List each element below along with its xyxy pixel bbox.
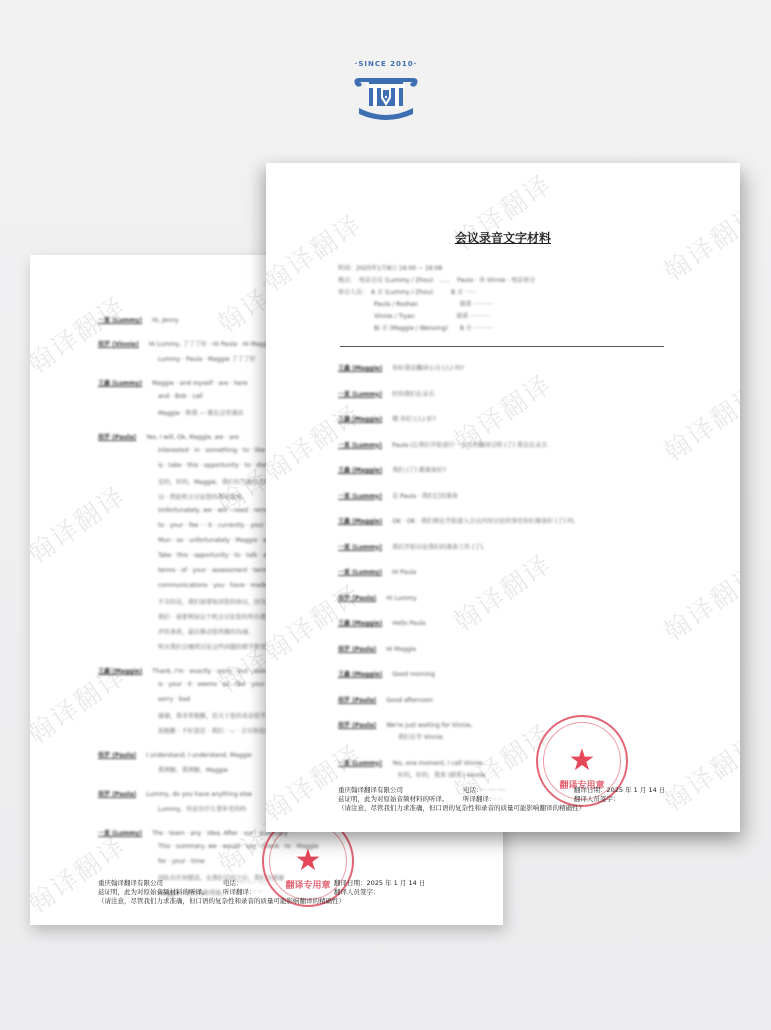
transcript-line: 王鑫 (Maggie)嗯 你们 (人) 好? bbox=[338, 414, 436, 423]
speaker-label: 一夏 (Lummy) bbox=[338, 569, 382, 576]
transcript-line: 以 · 借此机会讨论您的费用提案。 bbox=[158, 492, 248, 501]
utterance-text: Hi Paula bbox=[392, 569, 416, 576]
speaker-label: 保罗 (Paula) bbox=[338, 595, 376, 602]
utterance-text: for · your · time bbox=[158, 858, 205, 865]
transcript-line: 保罗 (Paula)Hi Lummy bbox=[338, 593, 417, 602]
company-logo: ·SINCE 2010· bbox=[348, 60, 424, 130]
transcript-line: 一夏 (Lummy)The · team · any · idea, After… bbox=[98, 828, 288, 837]
utterance-text: Lummy · Paula · Maggie 了了了好 bbox=[158, 356, 256, 363]
transcript-line: 保罗 (Paula)Good afternoon bbox=[338, 695, 433, 704]
utterance-text: I understand, I understand, Maggie bbox=[146, 752, 252, 759]
footer-certify: 兹证明，此为对原始音频材料的听译。 bbox=[98, 888, 209, 896]
utterance-text: sorry · bad bbox=[158, 696, 190, 703]
utterance-text: 你好我是翻译公司 (人) 吗? bbox=[392, 365, 464, 372]
utterance-text: We're just waiting for Vinnie, bbox=[386, 722, 472, 729]
transcript-line: 保罗 (Paula)Hi Maggie bbox=[338, 644, 416, 653]
transcript-line: 王鑫 (Maggie)你好我是翻译公司 (人) 吗? bbox=[338, 363, 464, 372]
utterance-text: 好的我们在录音. bbox=[392, 391, 436, 398]
utterance-text: 好的，好的，我来 (联系) Vinnie bbox=[398, 772, 485, 779]
speaker-label: 一夏 (Lummy) bbox=[338, 391, 382, 398]
transcript-line: Maggie · 和我 — 都在这里通话 bbox=[158, 408, 243, 417]
footer-date-label: 翻译日期： bbox=[334, 879, 367, 887]
transcript-line: 一夏 (Lummy)Hi, Jenny bbox=[98, 315, 179, 324]
seal-star-icon: ★ bbox=[295, 846, 322, 876]
transcript-line: 王鑫 (Maggie)Good morning bbox=[338, 669, 435, 678]
transcript-line: sorry · bad bbox=[158, 696, 190, 703]
utterance-text: 以 · 借此机会讨论您的费用提案。 bbox=[158, 494, 248, 501]
transcript-line: 保罗 (Paula)We're just waiting for Vinnie, bbox=[338, 720, 472, 729]
transcript-line: 评估条款，最后推动您所做的沟通。 bbox=[158, 627, 254, 636]
watermark-text: 翰译翻译 bbox=[446, 544, 559, 639]
speaker-label: 王鑫 (Maggie) bbox=[338, 467, 382, 474]
speaker-label: 保罗 (Vinnie) bbox=[98, 341, 139, 348]
footer-company: 重庆翰译翻译有限公司 bbox=[98, 879, 163, 887]
transcript-line: 一夏 (Lummy)我们开始讨论我们的准备工作 (了). bbox=[338, 542, 485, 551]
transcript-line: Lummy · Paula · Maggie 了了了好 bbox=[158, 354, 256, 363]
speaker-label: 保罗 (Paula) bbox=[338, 697, 376, 704]
utterance-text: Lummy，你还有什么要补充的吗 bbox=[158, 806, 246, 813]
header-line: 地点： 电话会议 (Lummy / Zhou) …… Paula · 各 Vin… bbox=[338, 275, 535, 284]
speaker-label: 保罗 (Paula) bbox=[338, 646, 376, 653]
transcript-line: 王鑫 (Maggie)我们 (了) 都准备好? bbox=[338, 465, 446, 474]
header-line: 参会人员： A 方 (Lummy / Zhou) B 方 ······ bbox=[338, 287, 476, 296]
speaker-label: 一夏 (Lummy) bbox=[338, 544, 382, 551]
footer-certify: 兹证明，此为对原始音频材料的听译。 bbox=[338, 795, 449, 803]
header-line: Bi 方 (Maggie / Wenxing) B 方 ·········· bbox=[338, 323, 493, 332]
utterance-text: 评估条款，最后推动您所做的沟通。 bbox=[158, 629, 254, 636]
transcript-line: 保罗 (Paula)I understand, I understand, Ma… bbox=[98, 750, 252, 759]
watermark-text: 翰译翻译 bbox=[656, 374, 740, 469]
logo-tagline: ·SINCE 2010· bbox=[348, 60, 424, 68]
back-page-footer: 重庆翰译翻译有限公司 兹证明，此为对原始音频材料的听译。 （请注意，尽管我们力求… bbox=[98, 879, 498, 906]
speaker-label: 一夏 (Lummy) bbox=[338, 493, 382, 500]
utterance-text: and · Bob · call bbox=[158, 393, 203, 400]
transcript-line: for · your · time bbox=[158, 858, 205, 865]
footer-signature-label: 翻译人员签字： bbox=[334, 888, 380, 896]
speaker-label: 王鑫 (Maggie) bbox=[338, 620, 382, 627]
utterance-text: 我们开始讨论我们的准备工作 (了). bbox=[392, 544, 485, 551]
speaker-label: 王鑫 (Maggie) bbox=[338, 416, 382, 423]
speaker-label: 保罗 (Paula) bbox=[98, 752, 136, 759]
watermark-text: 翰译翻译 bbox=[266, 204, 368, 299]
utterance-text: Hi Lummy bbox=[386, 595, 416, 602]
transcript-line: 保罗 (Vinnie)Hi Lummy, 了了了好 · Hi Paula · H… bbox=[98, 339, 273, 348]
speaker-label: 一夏 (Lummy) bbox=[338, 442, 382, 449]
footer-date: 2025 年 1 月 14 日 bbox=[367, 879, 426, 887]
utterance-text: Thank, I'm · exactly · sorry · but · abo… bbox=[152, 668, 271, 675]
footer-note: （请注意，尽管我们力求准确，但口语的复杂性和录音的质量可能影响翻译的精确性） bbox=[338, 804, 585, 812]
utterance-text: 我理解，我理解，Maggie bbox=[158, 767, 228, 774]
transcript-line: 好的，好的，我来 (联系) Vinnie bbox=[398, 770, 485, 779]
speaker-label: 一夏 (Lummy) bbox=[98, 830, 142, 837]
seal-star-icon: ★ bbox=[569, 746, 596, 776]
utterance-text: Good afternoon bbox=[386, 697, 433, 704]
header-line: 时间：2025年1月8日 16:00 ~ 16:08 bbox=[338, 263, 442, 272]
transcript-line: 一夏 (Lummy)Hi Paula bbox=[338, 567, 416, 576]
utterance-text: Yes, one moment, I call Vinnie. bbox=[392, 760, 484, 767]
utterance-text: Lummy, do you have anything else bbox=[146, 791, 252, 798]
watermark-text: 翰译翻译 bbox=[656, 554, 740, 649]
pillar-pen-icon bbox=[353, 70, 419, 120]
transcript-line: 我们在等 Vinnie. bbox=[398, 732, 444, 741]
utterance-text: Good morning bbox=[392, 671, 435, 678]
speaker-label: 王鑫 (Maggie) bbox=[338, 518, 382, 525]
front-page-footer: 重庆翰译翻译有限公司 兹证明，此为对原始音频材料的听译。 （请注意，尽管我们力求… bbox=[338, 786, 738, 813]
footer-company: 重庆翰译翻译有限公司 bbox=[338, 786, 403, 794]
header-line: Paula / Roshan 联系 ·········· bbox=[338, 299, 493, 308]
utterance-text: 我们在等 Vinnie. bbox=[398, 734, 444, 741]
utterance-text: Yes, I will, Ok, Maggie, we · are bbox=[146, 434, 239, 441]
transcript-line: 我理解，我理解，Maggie bbox=[158, 765, 228, 774]
speaker-label: 王鑫 (Maggie) bbox=[98, 668, 142, 675]
utterance-text: Hi Maggie bbox=[386, 646, 416, 653]
transcript-line: 王鑫 (Maggie)Thank, I'm · exactly · sorry … bbox=[98, 666, 271, 675]
speaker-label: 王鑫 (Maggie) bbox=[338, 671, 382, 678]
speaker-label: 一夏 (Lummy) bbox=[338, 760, 382, 767]
utterance-text: 我们 (了) 都准备好? bbox=[392, 467, 446, 474]
transcript-line: 保罗 (Paula)Lummy, do you have anything el… bbox=[98, 789, 252, 798]
utterance-text: Paula (让我们开始进行一会议的翻译过程 (了) 我是在录音. bbox=[392, 442, 549, 449]
header-line: Vinnie / Tiyan 联系 ·········· bbox=[338, 311, 490, 320]
utterance-text: Maggie · and myself · are · here bbox=[152, 380, 247, 387]
transcript-line: 王鑫 (Lummy)Maggie · and myself · are · he… bbox=[98, 378, 248, 387]
utterance-text: 是 Paula · 我们已经准备 bbox=[392, 493, 458, 500]
transcript-line: 一夏 (Lummy)Paula (让我们开始进行一会议的翻译过程 (了) 我是在… bbox=[338, 440, 549, 449]
front-page-transcript: 翰译翻译翰译翻译翰译翻译翰译翻译翰译翻译翰译翻译翰译翻译翰译翻译翰译翻译翰译翻译… bbox=[266, 163, 740, 832]
footer-date-label: 翻译日期： bbox=[574, 786, 607, 794]
speaker-label: 保罗 (Paula) bbox=[338, 722, 376, 729]
utterance-text: Hello Paula bbox=[392, 620, 425, 627]
transcript-line: 一夏 (Lummy)好的我们在录音. bbox=[338, 389, 436, 398]
transcript-line: Lummy，你还有什么要补充的吗 bbox=[158, 804, 246, 813]
watermark-text: 翰译翻译 bbox=[266, 734, 368, 829]
speaker-label: 保罗 (Paula) bbox=[98, 791, 136, 798]
transcript-line: 王鑫 (Maggie)Hello Paula bbox=[338, 618, 426, 627]
footer-signature-label: 翻译人员签字： bbox=[574, 795, 620, 803]
speaker-label: 王鑫 (Maggie) bbox=[338, 365, 382, 372]
footer-date: 2025 年 1 月 14 日 bbox=[607, 786, 666, 794]
speaker-label: 保罗 (Paula) bbox=[98, 434, 136, 441]
watermark-text: 翰译翻译 bbox=[30, 826, 132, 921]
utterance-text: Maggie · 和我 — 都在这里通话 bbox=[158, 410, 243, 417]
speaker-label: 一夏 (Lummy) bbox=[98, 317, 142, 324]
watermark-text: 翰译翻译 bbox=[30, 476, 132, 571]
utterance-text: Hi Lummy, 了了了好 · Hi Paula · Hi Maggie bbox=[149, 341, 273, 348]
utterance-text: OK · OK · 我们现在开始进入会议内容讨论的事宜你们准备好 (了) 吗. bbox=[392, 518, 575, 525]
footer-note: （请注意，尽管我们力求准确，但口语的复杂性和录音的质量可能影响翻译的精确性） bbox=[98, 897, 345, 905]
transcript-line: 一夏 (Lummy)Yes, one moment, I call Vinnie… bbox=[338, 758, 484, 767]
document-title: 会议录音文字材料 bbox=[266, 229, 740, 246]
watermark-text: 翰译翻译 bbox=[30, 286, 132, 381]
transcript-line: and · Bob · call bbox=[158, 393, 203, 400]
transcript-line: 保罗 (Paula)Yes, I will, Ok, Maggie, we · … bbox=[98, 432, 239, 441]
utterance-text: Hi, Jenny bbox=[152, 317, 179, 324]
transcript-line: 一夏 (Lummy)是 Paula · 我们已经准备 bbox=[338, 491, 458, 500]
header-divider bbox=[340, 346, 664, 347]
utterance-text: 嗯 你们 (人) 好? bbox=[392, 416, 436, 423]
speaker-label: 王鑫 (Lummy) bbox=[98, 380, 142, 387]
transcript-line: 王鑫 (Maggie)OK · OK · 我们现在开始进入会议内容讨论的事宜你们… bbox=[338, 516, 575, 525]
